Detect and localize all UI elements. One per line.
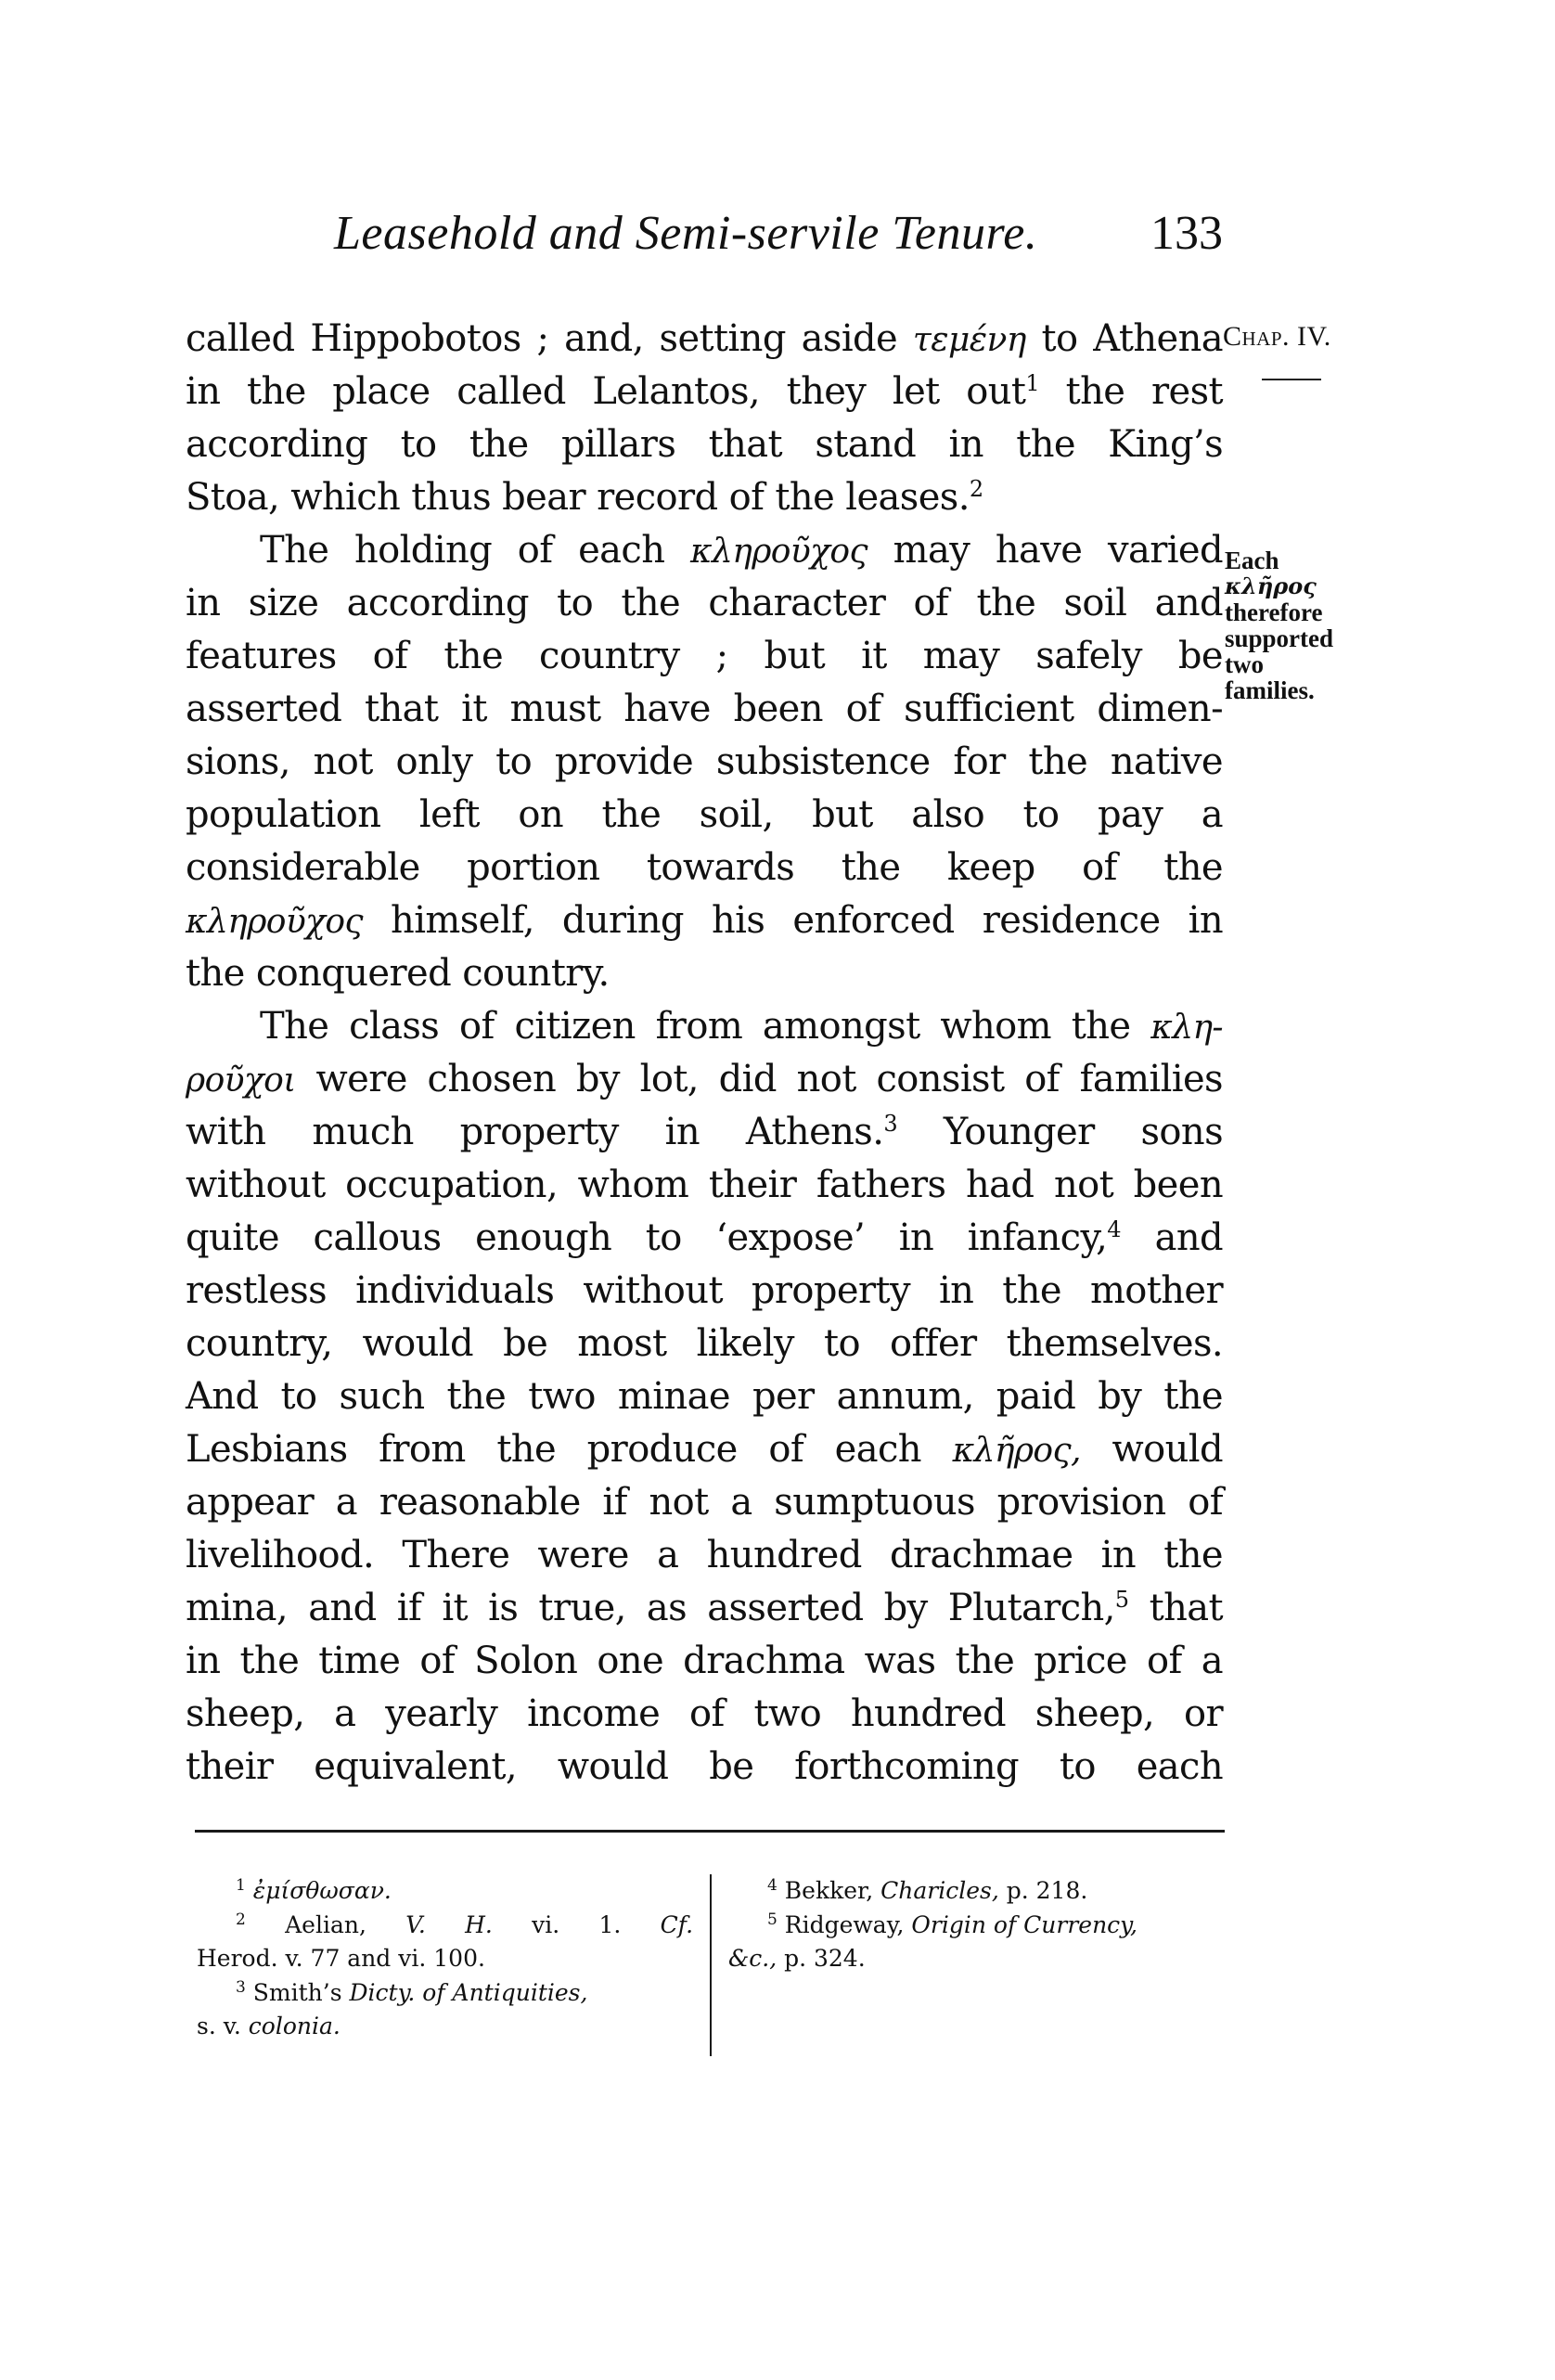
body-line: κληροῦχος himself, during his enforced r… — [186, 894, 1223, 947]
footnote-column-divider — [710, 1874, 712, 2056]
margin-note-line: families. — [1225, 677, 1333, 703]
body-line: And to such the two minae per annum, pai… — [186, 1370, 1223, 1423]
greek-word: κλῆρος, — [953, 1432, 1081, 1470]
body-line: their equivalent, would be forthcoming t… — [186, 1741, 1223, 1794]
body-line: livelihood. There were a hundred drachma… — [186, 1529, 1223, 1582]
footnote-5: 5 Ridgeway, Origin of Currency, — [728, 1909, 1229, 1943]
margin-note-line: therefore — [1225, 599, 1333, 625]
body-line: Stoa, which thus bear record of the leas… — [186, 471, 1223, 524]
footnote-number: 5 — [767, 1910, 777, 1929]
margin-note: Each κλῆρος therefore supported two fami… — [1225, 547, 1333, 703]
footnote-3-continued: s. v. colonia. — [197, 2010, 693, 2044]
footnote-2: 2 Aelian, V. H. vi. 1. Cf. — [197, 1909, 693, 1943]
margin-note-line: two — [1225, 651, 1333, 677]
footnote-1: 1 ἐμίσθωσαν. — [197, 1874, 693, 1909]
body-line: sions, not only to provide subsistence f… — [186, 736, 1223, 789]
body-line: Lesbians from the produce of each κλῆρος… — [186, 1423, 1223, 1476]
margin-note-line: κλῆρος — [1225, 573, 1333, 599]
chapter-marker-rule — [1262, 379, 1321, 380]
body-line: The holding of each κληροῦχος may have v… — [186, 524, 1223, 577]
footnote-5-continued: &c., p. 324. — [728, 1942, 1229, 1976]
footnote-3: 3 Smith’s Dicty. of Antiquities, — [197, 1976, 693, 2011]
footnote-number: 4 — [767, 1876, 777, 1895]
running-head-title: Leasehold and Semi-servile Tenure. — [334, 206, 1037, 261]
body-line: according to the pillars that stand in t… — [186, 418, 1223, 471]
body-line: in size according to the character of th… — [186, 577, 1223, 630]
margin-note-line: supported — [1225, 625, 1333, 651]
body-line: population left on the soil, but also to… — [186, 789, 1223, 842]
footnote-ref[interactable]: 4 — [1107, 1216, 1121, 1242]
body-line: in the place called Lelantos, they let o… — [186, 366, 1223, 418]
footnote-2-continued: Herod. v. 77 and vi. 100. — [197, 1942, 693, 1976]
footnote-ref[interactable]: 1 — [1025, 370, 1039, 396]
page-number: 133 — [1150, 206, 1223, 261]
body-line: restless individuals without property in… — [186, 1265, 1223, 1318]
body-line: quite callous enough to ‘expose’ in infa… — [186, 1212, 1223, 1265]
footnote-number: 1 — [236, 1876, 246, 1895]
greek-word: κλη- — [1150, 1009, 1223, 1047]
footnote-ref[interactable]: 3 — [883, 1111, 897, 1137]
chapter-marker: Chap. IV. — [1223, 321, 1331, 353]
body-line: called Hippobotos ; and, setting aside τ… — [186, 313, 1223, 366]
greek-word: κληροῦχος — [186, 903, 363, 941]
body-line: sheep, a yearly income of two hundred sh… — [186, 1688, 1223, 1741]
running-head: Leasehold and Semi-servile Tenure. 133 — [334, 206, 1223, 271]
footnote-rule — [195, 1830, 1225, 1833]
body-line: the conquered country. — [186, 947, 1223, 1000]
greek-word: κληροῦχος — [690, 533, 867, 571]
body-line: ροῦχοι were chosen by lot, did not consi… — [186, 1053, 1223, 1106]
footnote-ref[interactable]: 5 — [1115, 1587, 1129, 1613]
body-line: with much property in Athens.3 Younger s… — [186, 1106, 1223, 1159]
body-line: considerable portion towards the keep of… — [186, 842, 1223, 894]
body-line: asserted that it must have been of suffi… — [186, 683, 1223, 736]
footnote-ref[interactable]: 2 — [970, 476, 983, 502]
greek-word: τεμένη — [913, 321, 1026, 359]
book-page: Leasehold and Semi-servile Tenure. 133 C… — [0, 0, 1555, 2380]
body-line: features of the country ; but it may saf… — [186, 630, 1223, 683]
body-line: mina, and if it is true, as asserted by … — [186, 1582, 1223, 1635]
footnote-number: 3 — [236, 1978, 246, 1997]
margin-note-line: Each — [1225, 547, 1333, 573]
footnote-4: 4 Bekker, Charicles, p. 218. — [728, 1874, 1229, 1909]
footnotes-left-column: 1 ἐμίσθωσαν. 2 Aelian, V. H. vi. 1. Cf. … — [197, 1874, 693, 2044]
body-line: in the time of Solon one drachma was the… — [186, 1635, 1223, 1688]
footnote-number: 2 — [236, 1910, 246, 1929]
footnotes-right-column: 4 Bekker, Charicles, p. 218. 5 Ridgeway,… — [728, 1874, 1229, 1976]
body-line: appear a reasonable if not a sumptuous p… — [186, 1476, 1223, 1529]
body-line: without occupation, whom their fathers h… — [186, 1159, 1223, 1212]
body-line: country, would be most likely to offer t… — [186, 1318, 1223, 1370]
body-line: The class of citizen from amongst whom t… — [186, 1000, 1223, 1053]
greek-word: ροῦχοι — [186, 1061, 296, 1100]
